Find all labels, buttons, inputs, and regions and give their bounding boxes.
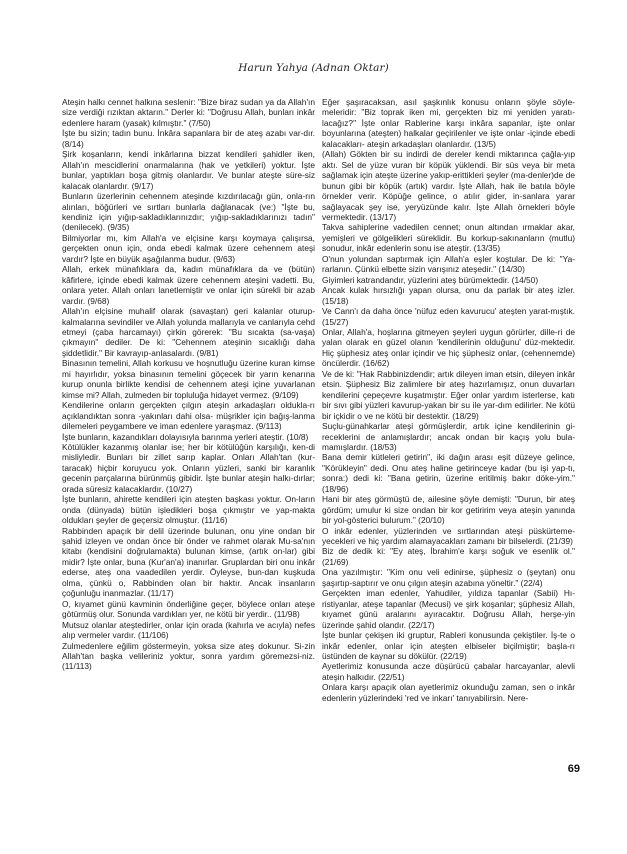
page-number: 69 <box>560 763 580 775</box>
verse-paragraph: İşte bunların, kazandıkları dolayısıyla … <box>62 432 315 442</box>
verse-paragraph: Bunların üzerlerinin cehennem ateşinde k… <box>62 191 315 233</box>
verse-paragraph: İşte bunların, ahirette kendileri için a… <box>62 494 315 525</box>
verse-paragraph: Allah'ın elçisine muhalif olarak (savaşt… <box>62 306 315 358</box>
verse-paragraph: Zulmedenlere eğilim göstermeyin, yoksa s… <box>62 641 315 672</box>
verse-paragraph: Ve de ki: "Hak Rabbinizdendir; artık dil… <box>322 369 575 421</box>
verse-paragraph: O'nun yolundan saptırmak için Allah'a eş… <box>322 254 575 275</box>
verse-paragraph: Eğer şaşıracaksan, asıl şaşkınlık konusu… <box>322 97 575 149</box>
verse-paragraph: Takva sahiplerine vadedilen cennet; onun… <box>322 222 575 253</box>
verse-paragraph: Bana demir kütleleri getirin", iki dağın… <box>322 452 575 494</box>
verse-paragraph: Ona yazılmıştır: "Kim onu veli edinirse,… <box>322 567 575 588</box>
verse-paragraph: Rabbinden apaçık bir delil üzerinde bulu… <box>62 526 315 599</box>
verse-paragraph: Ancak kulak hırsızlığı yapan olursa, onu… <box>322 285 575 306</box>
verse-paragraph: Gerçekten iman edenler, Yahudiler, yıldı… <box>322 588 575 630</box>
verse-paragraph: Suçlu-günahkarlar ateşi görmüşlerdir, ar… <box>322 421 575 452</box>
verse-paragraph: O inkâr edenler, yüzlerinden ve sırtları… <box>322 526 575 547</box>
verse-paragraph: İşte bu sizin; tadın bunu. İnkâra sapanl… <box>62 128 315 149</box>
verse-paragraph: Şirk koşanların, kendi inkârlarına bizza… <box>62 149 315 191</box>
verse-paragraph: (Allah) Gökten bir su indirdi de dereler… <box>322 149 575 222</box>
verse-paragraph: Allah, erkek münafıklara da, kadın münaf… <box>62 264 315 306</box>
running-header: Harun Yahya (Adnan Oktar) <box>0 62 627 74</box>
verse-paragraph: Ve Cann'ı da daha önce 'nüfuz eden kavur… <box>322 306 575 327</box>
book-page: Harun Yahya (Adnan Oktar) Ateşin halkı c… <box>0 0 627 854</box>
verse-paragraph: O, kıyamet günü kavminin önderliğine geç… <box>62 599 315 620</box>
verse-paragraph: Onlar, Allah'a, hoşlarına gitmeyen şeyle… <box>322 327 575 369</box>
verse-paragraph: Bilmiyorlar mı, kim Allah'a ve elçisine … <box>62 233 315 264</box>
verse-paragraph: Binasının temelini, Allah korkusu ve hoş… <box>62 358 315 400</box>
verse-paragraph: Ateşin halkı cennet halkına seslenir: "B… <box>62 97 315 128</box>
verse-paragraph: Mutsuz olanlar ateştedirler, onlar için … <box>62 620 315 641</box>
verse-paragraph: Ayetlerimiz konusunda acze düşürücü çaba… <box>322 661 575 682</box>
verse-paragraph: Onlara karşı apaçık olan ayetlerimiz oku… <box>322 682 575 703</box>
right-column: Eğer şaşıracaksan, asıl şaşkınlık konusu… <box>322 97 575 703</box>
verse-paragraph: Kendilerine onların gerçekten çılgın ate… <box>62 400 315 431</box>
verse-paragraph: Kötülükler kazanmış olanlar ise; her bir… <box>62 442 315 494</box>
verse-paragraph: İşte bunlar çekişen iki gruptur, Rableri… <box>322 630 575 661</box>
left-column: Ateşin halkı cennet halkına seslenir: "B… <box>62 97 315 672</box>
verse-paragraph: Giyimleri katrandandır, yüzlerini ateş b… <box>322 275 575 285</box>
verse-paragraph: Biz de dedik ki: "Ey ateş, İbrahim'e kar… <box>322 546 575 567</box>
verse-paragraph: Hani bir ateş görmüştü de, ailesine şöyl… <box>322 494 575 525</box>
